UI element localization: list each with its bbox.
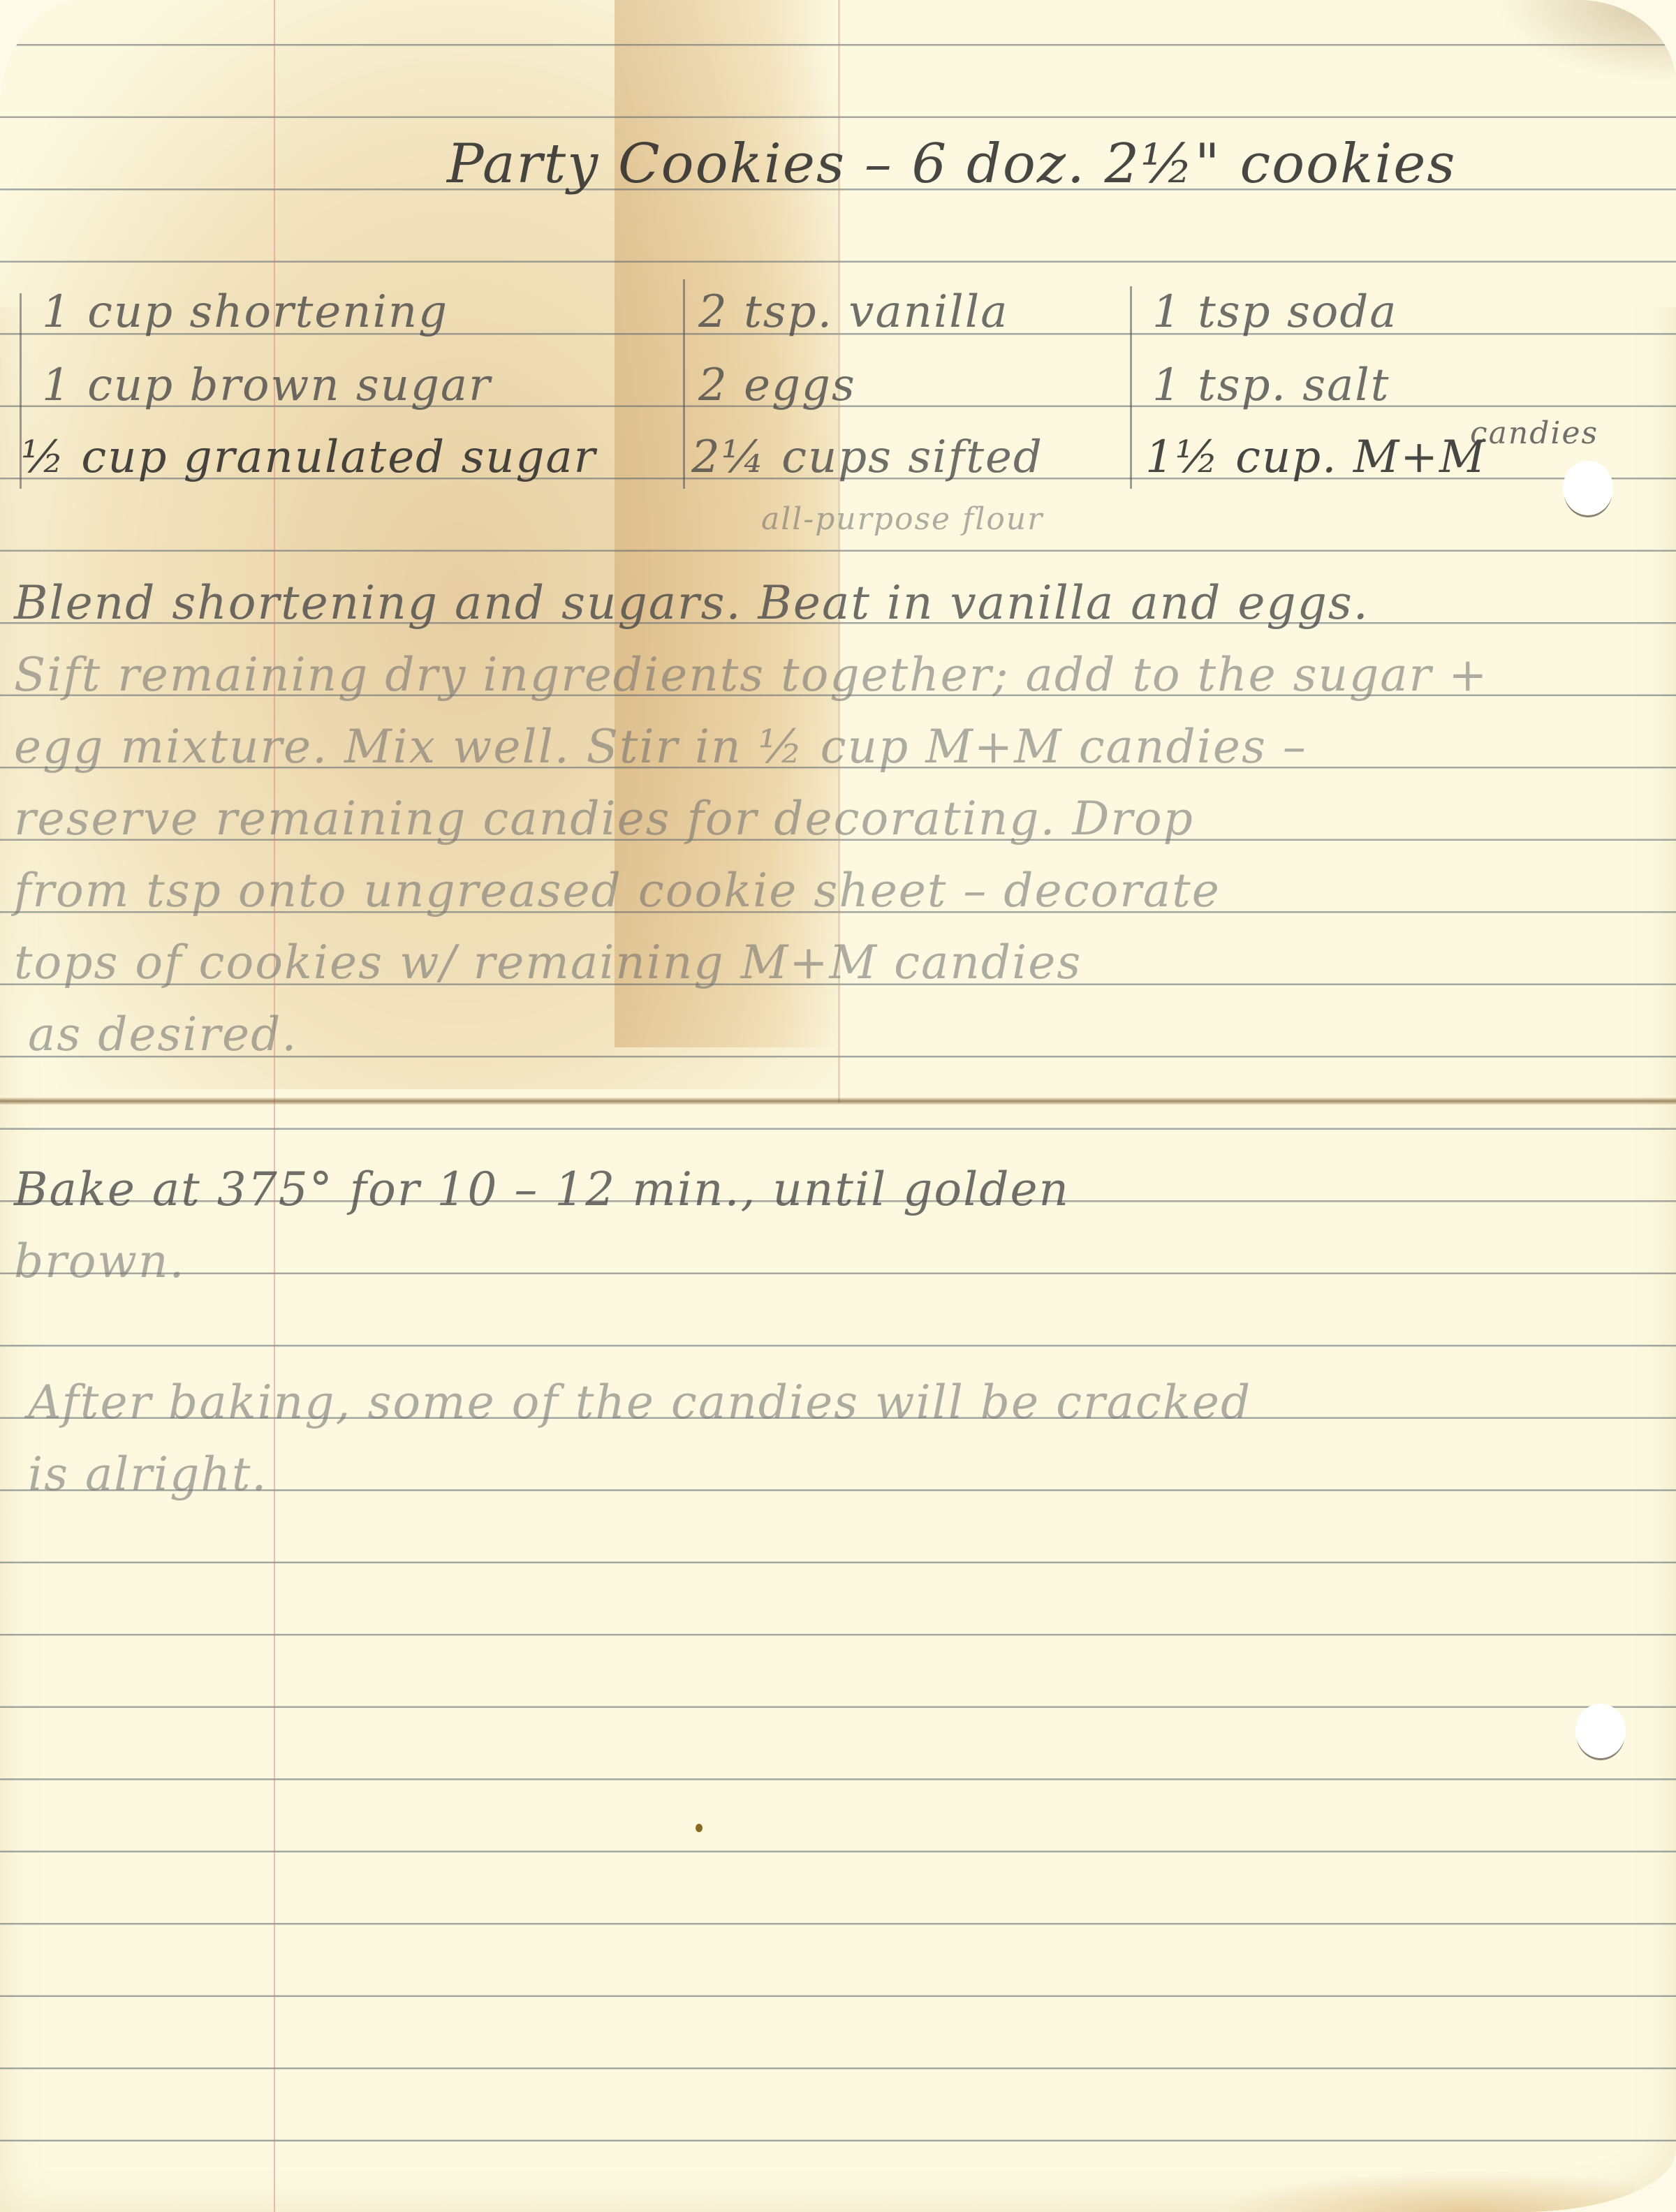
instruction-line: tops of cookies w/ remaining M+M candies bbox=[14, 936, 1082, 989]
ingredient: 2¼ cups sifted bbox=[691, 432, 1043, 483]
ingredient: 1 tsp. salt bbox=[1152, 360, 1390, 411]
ingredient: 2 eggs bbox=[698, 360, 856, 411]
instruction-line: egg mixture. Mix well. Stir in ½ cup M+M… bbox=[14, 720, 1307, 774]
speck bbox=[696, 1824, 703, 1832]
punch-hole bbox=[1563, 461, 1613, 515]
ingredient-note: all-purpose flour bbox=[761, 501, 1043, 537]
recipe-page: Party Cookies – 6 doz. 2½" cookies 1 cup… bbox=[0, 0, 1676, 2212]
column-divider bbox=[683, 279, 685, 489]
horizontal-fold bbox=[0, 1098, 1676, 1105]
edge-wear-top-right bbox=[1494, 0, 1676, 84]
ingredient: 2 tsp. vanilla bbox=[698, 286, 1008, 338]
baking-line: Bake at 375° for 10 – 12 min., until gol… bbox=[14, 1163, 1070, 1216]
edge-wear-bottom-right bbox=[1215, 2170, 1634, 2212]
instruction-line: Sift remaining dry ingredients together;… bbox=[14, 648, 1488, 702]
baking-line: brown. bbox=[14, 1234, 186, 1288]
note-line: is alright. bbox=[28, 1447, 267, 1501]
ingredient: 1 tsp soda bbox=[1152, 286, 1397, 338]
punch-hole bbox=[1575, 1704, 1626, 1758]
ingredient: 1½ cup. M+M bbox=[1145, 432, 1487, 483]
ingredient: 1 cup brown sugar bbox=[42, 360, 492, 411]
ingredient: 1 cup shortening bbox=[42, 286, 448, 338]
ingredient: ½ cup granulated sugar bbox=[21, 432, 596, 483]
instruction-line: as desired. bbox=[28, 1008, 297, 1061]
ingredient-superscript: candies bbox=[1470, 415, 1598, 451]
instruction-line: from tsp onto ungreased cookie sheet – d… bbox=[14, 864, 1221, 917]
note-line: After baking, some of the candies will b… bbox=[28, 1376, 1251, 1429]
column-divider bbox=[1130, 286, 1132, 489]
instruction-line: reserve remaining candies for decorating… bbox=[14, 792, 1194, 846]
recipe-title: Party Cookies – 6 doz. 2½" cookies bbox=[447, 133, 1456, 196]
instruction-line: Blend shortening and sugars. Beat in van… bbox=[14, 576, 1369, 630]
